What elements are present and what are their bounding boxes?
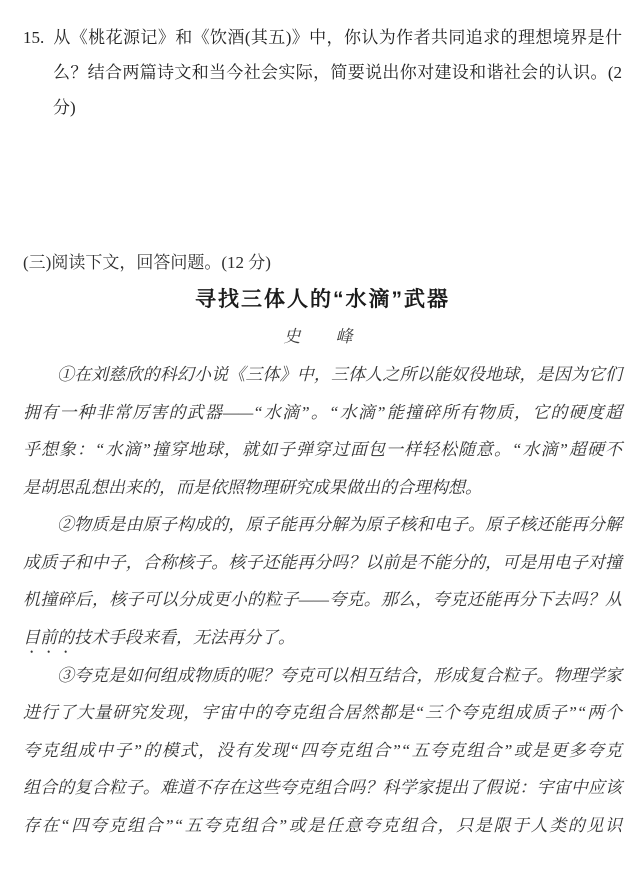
question-line-1-text: 从《桃花源记》和《饮酒(其五)》中，你认为作者共同追求的理想境界是什 [53,28,622,47]
question-line-2: 么？结合两篇诗文和当今社会实际，简要说出你对建设和谐社会的认识。(2 [23,55,622,90]
section-heading: (三)阅读下文，回答问题。(12 分) [23,248,622,278]
para3-line-5: 存在“四夸克组合”“五夸克组合”或是任意夸克组合，只是限于人类的见识 [23,807,622,845]
para1-line-4: 是胡思乱想出来的，而是依照物理研究成果做出的合理构想。 [23,469,622,507]
article-author: 史 峰 [23,322,622,352]
para3-line-3: 夸克组成中子”的模式，没有发现“四夸克组合”“五夸克组合”或是更多夸克 [23,732,622,770]
para3-line-2: 进行了大量研究发现，宇宙中的夸克组合居然都是“三个夸克组成质子”“两个 [23,694,622,732]
para2-line-4-rest: 技术手段来看，无法再分了。 [74,628,295,647]
exam-page: 15.从《桃花源记》和《饮酒(其五)》中，你认为作者共同追求的理想境界是什 么？… [0,0,640,876]
answer-space [23,125,622,248]
para3-line-4: 组合的复合粒子。难道不存在这些夸克组合吗？科学家提出了假说：宇宙中应该 [23,769,622,807]
para1-line-1: ①在刘慈欣的科幻小说《三体》中，三体人之所以能奴役地球，是因为它们 [23,356,622,394]
para2-line-4: 目前的技术手段来看，无法再分了。 [23,619,622,657]
para2-line-3: 机撞碎后，核子可以分成更小的粒子——夸克。那么，夸克还能再分下去吗？从 [23,581,622,619]
emphasized-text: 目前的 [23,628,74,647]
article-body: ①在刘慈欣的科幻小说《三体》中，三体人之所以能奴役地球，是因为它们 拥有一种非常… [23,356,622,844]
para1-line-2: 拥有一种非常厉害的武器——“水滴”。“水滴”能撞碎所有物质，它的硬度超 [23,394,622,432]
question-number: 15. [23,20,53,55]
reading-section: (三)阅读下文，回答问题。(12 分) 寻找三体人的“水滴”武器 史 峰 ①在刘… [23,248,622,844]
question-line-3: 分) [23,90,622,125]
question-line-1: 15.从《桃花源记》和《饮酒(其五)》中，你认为作者共同追求的理想境界是什 [23,20,622,55]
para1-line-3: 乎想象：“水滴”撞穿地球，就如子弹穿过面包一样轻松随意。“水滴”超硬不 [23,431,622,469]
article-title: 寻找三体人的“水滴”武器 [23,285,622,315]
para2-line-1: ②物质是由原子构成的，原子能再分解为原子核和电子。原子核还能再分解 [23,506,622,544]
para2-line-2: 成质子和中子，合称核子。核子还能再分吗？以前是不能分的，可是用电子对撞 [23,544,622,582]
question-15-block: 15.从《桃花源记》和《饮酒(其五)》中，你认为作者共同追求的理想境界是什 么？… [23,20,622,125]
para3-line-1: ③夸克是如何组成物质的呢？夸克可以相互结合，形成复合粒子。物理学家 [23,657,622,695]
